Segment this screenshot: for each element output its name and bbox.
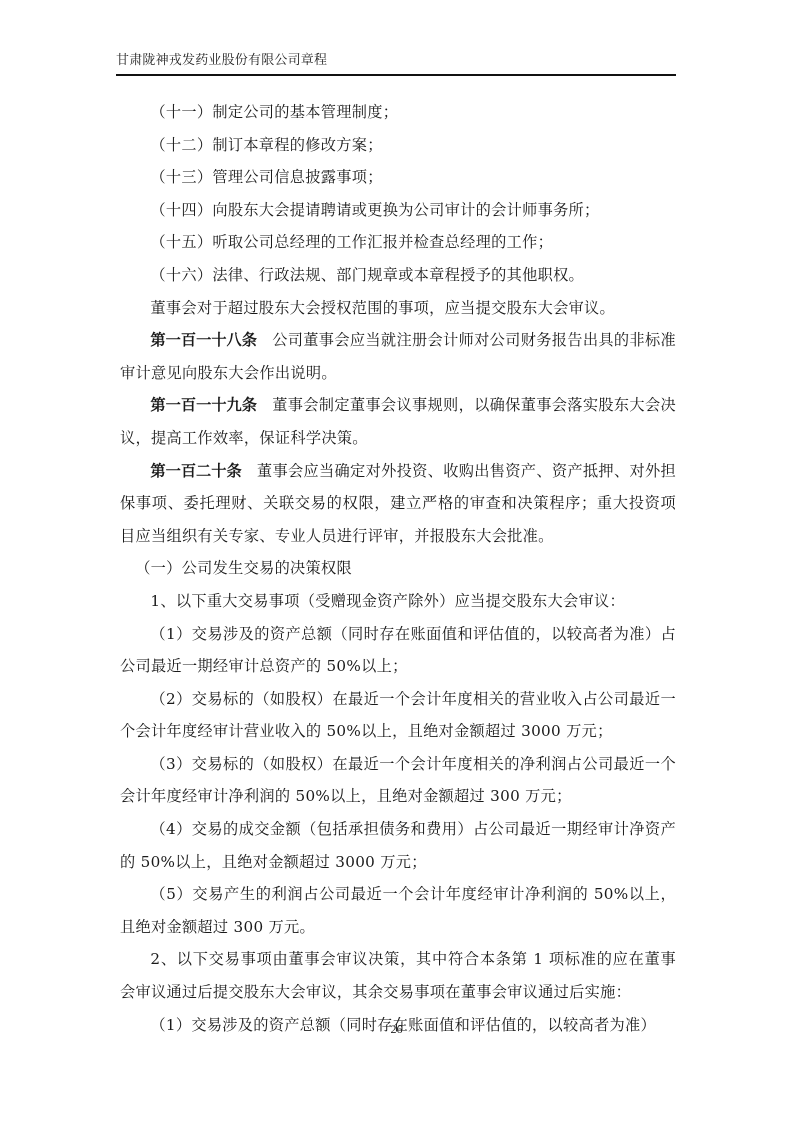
list-item: （十三）管理公司信息披露事项； <box>120 161 676 194</box>
article-number: 第一百一十八条 <box>150 331 257 349</box>
clause-intro: 1、以下重大交易事项（受赠现金资产除外）应当提交股东大会审议： <box>120 585 676 618</box>
list-item: （十四）向股东大会提请聘请或更换为公司审计的会计师事务所； <box>120 194 676 227</box>
paragraph: 董事会对于超过股东大会授权范围的事项，应当提交股东大会审议。 <box>120 292 676 325</box>
article-number: 第一百一十九条 <box>150 396 257 414</box>
clause-intro: 2、以下交易事项由董事会审议决策，其中符合本条第 1 项标准的应在董事会审议通过… <box>120 943 676 1008</box>
list-item: （十六）法律、行政法规、部门规章或本章程授予的其他职权。 <box>120 259 676 292</box>
list-item: （十一）制定公司的基本管理制度； <box>120 96 676 129</box>
document-title: 甘肃陇神戎发药业股份有限公司章程 <box>116 52 676 70</box>
article-118: 第一百一十八条公司董事会应当就注册会计师对公司财务报告出具的非标准审计意见向股东… <box>120 324 676 389</box>
page-header: 甘肃陇神戎发药业股份有限公司章程 <box>116 52 676 76</box>
clause-item: （4）交易的成交金额（包括承担债务和费用）占公司最近一期经审计净资产的 50%以… <box>120 813 676 878</box>
clause-item: （2）交易标的（如股权）在最近一个会计年度相关的营业收入占公司最近一个会计年度经… <box>120 683 676 748</box>
article-119: 第一百一十九条董事会制定董事会议事规则，以确保董事会落实股东大会决议，提高工作效… <box>120 389 676 454</box>
list-item: （十五）听取公司总经理的工作汇报并检查总经理的工作； <box>120 226 676 259</box>
section-heading: （一）公司发生交易的决策权限 <box>120 552 676 585</box>
list-item: （十二）制订本章程的修改方案； <box>120 129 676 162</box>
page-number: 26 <box>0 1022 793 1037</box>
clause-item: （3）交易标的（如股权）在最近一个会计年度相关的净利润占公司最近一个会计年度经审… <box>120 748 676 813</box>
article-number: 第一百二十条 <box>150 462 241 480</box>
clause-item: （1）交易涉及的资产总额（同时存在账面值和评估值的，以较高者为准）占公司最近一期… <box>120 618 676 683</box>
clause-item: （5）交易产生的利润占公司最近一个会计年度经审计净利润的 50%以上，且绝对金额… <box>120 878 676 943</box>
document-body: （十一）制定公司的基本管理制度； （十二）制订本章程的修改方案； （十三）管理公… <box>120 96 676 1041</box>
article-120: 第一百二十条董事会应当确定对外投资、收购出售资产、资产抵押、对外担保事项、委托理… <box>120 455 676 553</box>
